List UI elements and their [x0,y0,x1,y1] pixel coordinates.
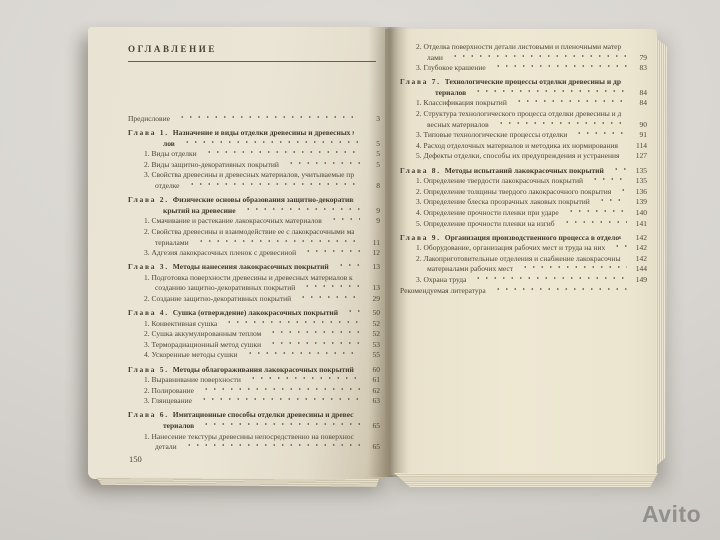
leader-dots [183,441,360,449]
toc-line: крытий на древесине9 [128,205,380,216]
page-number: 9 [363,206,380,217]
toc-line: 2. Создание защитно-декоративных покрыти… [128,293,380,304]
leader-dots [492,62,627,70]
leader-dots [242,205,360,213]
chapter-label: Глава 1. [128,128,169,139]
toc-line: 2. Определение толщины твердого лакокрас… [400,186,647,197]
leader-dots [267,328,360,336]
toc-entry-text: 3. Глянцевание [144,396,192,407]
page-number: 63 [363,396,380,407]
toc-line: 5. Дефекты отделки, способы их предупреж… [400,150,647,161]
toc-entry-text: 1. Виды отделки [144,149,197,160]
toc-entry-text: 3. Охрана труда [416,275,466,286]
leader-dots [344,307,360,315]
toc-line: 3. Определение блеска прозрачных лаковых… [400,196,647,207]
chapter-label: Глава 3. [128,262,169,273]
page-number: 139 [630,197,647,208]
toc-line: 3. Типовые технологические процессы отде… [400,129,647,140]
toc-entry-text: 4. Ускоренные методы сушки [144,350,238,361]
toc-line: лами79 [400,52,647,63]
page-number: 149 [630,275,647,286]
toc-line: 4. Расход отделочных материалов и методи… [400,140,647,151]
toc-entry-text: 4. Расход отделочных материалов и методи… [416,141,618,152]
toc-line: 1. Конвективная сушка52 [128,318,380,329]
page-number: 12 [363,248,380,259]
right-page: 2. Отделка поверхности детали листовыми … [385,29,657,475]
toc-line: 2. Лакоприготовительные отделения и снаб… [400,253,647,264]
page-number: 114 [630,141,647,152]
page-number: 65 [363,442,380,453]
leader-dots [610,165,627,173]
toc-line: материалами рабочих мест144 [400,263,647,274]
toc-entry-text: детали [155,442,177,453]
toc-entry-text: Методы нанесения лакокрасочных покрытий [173,262,329,273]
page-number: 13 [363,262,380,273]
toc-line: Глава 8.Методы испытаний лакокрасочных п… [400,165,647,176]
toc-line: Рекомендуемая литература [400,285,647,296]
toc-line: 2. Отделка поверхности детали листовыми … [400,41,647,52]
toc-line: детали65 [128,441,380,452]
page-number: 52 [363,329,380,340]
toc-line: 1. Подготовка поверхности древесины и др… [128,272,380,283]
leader-dots [519,263,627,271]
page-number: 142 [630,243,647,254]
toc-entry-text: Рекомендуемая литература [400,286,486,297]
toc-line: Глава 5.Методы облагораживания лакокрасо… [128,364,380,375]
toc-line: отделке8 [128,180,380,191]
toc-entry-text: 3. Адгезия лакокрасочных пленок с древес… [144,248,296,259]
left-page-number: 150 [129,454,142,464]
page-number: 142 [630,233,647,244]
page-number: 5 [363,160,380,171]
chapter-label: Глава 6. [128,410,169,421]
leader-dots [267,339,360,347]
toc-entry-text: 2. Создание защитно-декоративных покрыти… [144,294,291,305]
leader-dots [625,150,627,158]
chapter-label: Глава 5. [128,365,169,376]
toc-entry-text: 4. Определение прочности пленки при удар… [416,208,559,219]
leader-dots [198,395,360,403]
toc-entry-text: 2. Полирование [144,386,194,397]
leader-dots [513,97,627,105]
photo-backdrop: ОГЛАВЛЕНИЕ Предисловие3Глава 1.Назначени… [0,0,720,540]
toc-entry-text: териалами [155,238,189,249]
toc-line: 1. Определение твердости лакокрасочных п… [400,175,647,186]
page-number: 135 [630,176,647,187]
toc-entry-text: Предисловие [128,114,170,125]
leader-dots [176,113,360,121]
toc-entry-text: 5. Дефекты отделки, способы их предупреж… [416,151,619,162]
toc-entry-text: крытий на древесине [163,206,236,217]
leader-dots [359,272,360,280]
leader-dots [181,138,360,146]
toc-line: териалов84 [400,87,647,98]
page-number: 91 [630,130,647,141]
leader-dots [297,293,360,301]
leader-dots [624,140,627,148]
page-number: 29 [363,294,380,305]
toc-entry-text: 5. Определение прочности пленки на изгиб [416,219,555,230]
page-number: 50 [363,308,380,319]
page-number: 84 [630,88,647,99]
toc-entry-text: 3. Глубокое крашение [416,63,486,74]
avito-watermark: Avito [642,501,701,528]
toc-entry-text: лов [163,139,175,150]
toc-line: 1. Виды отделки5 [128,148,380,159]
page-number: 3 [363,114,380,125]
toc-entry-text: 2. Определение толщины твердого лакокрас… [416,187,611,198]
toc-line: 1. Смачивание и растекание лакокрасочных… [128,215,380,226]
chapter-label: Глава 2. [128,195,169,206]
left-page: ОГЛАВЛЕНИЕ Предисловие3Глава 1.Назначени… [88,27,385,479]
toc-entry-text: отделке [155,181,180,192]
toc-line: 2. Полирование62 [128,385,380,396]
toc-entry-text: созданию защитно-декоративных покрытий [155,283,295,294]
leader-dots [200,420,360,428]
chapter-label: Глава 8. [400,166,441,177]
page-number: 83 [630,63,647,74]
leader-dots [472,87,627,95]
leader-dots [223,318,360,326]
toc-entry-text: 1. Классификация покрытий [416,98,507,109]
toc-line: Глава 4.Сушка (отверждение) лакокрасочны… [128,307,380,318]
toc-right: 2. Отделка поверхности детали листовыми … [400,41,647,295]
leader-dots [302,247,360,255]
toc-line: 1. Выравнивание поверхности61 [128,374,380,385]
leader-dots [492,285,627,293]
toc-line: 4. Ускоренные методы сушки55 [128,349,380,360]
page-number: 5 [363,139,380,150]
page-number: 8 [363,181,380,192]
toc-line: Глава 9.Организация производственного пр… [400,232,647,243]
page-number: 61 [363,375,380,386]
leader-dots [328,215,360,223]
toc-entry-text: Методы испытаний лакокрасочных покрытий [445,166,604,177]
toc-line: весных материалов90 [400,119,647,130]
toc-line: 3. Глянцевание63 [128,395,380,406]
toc-line: 2. Сушка аккумулированным теплом52 [128,328,380,339]
leader-dots [573,129,627,137]
page-number: 62 [363,386,380,397]
leader-dots [244,349,360,357]
leader-dots [596,196,627,204]
toc-line: Глава 1.Назначение и виды отделки древес… [128,127,380,138]
leader-dots [561,218,627,226]
toc-line: 2. Структура технологического процесса о… [400,108,647,119]
page-number: 52 [363,319,380,330]
toc-line: созданию защитно-декоративных покрытий13 [128,282,380,293]
toc-line: 2. Свойства древесины и взаимодействие е… [128,226,380,237]
toc-entry-text: 1. Определение твердости лакокрасочных п… [416,176,583,187]
toc-line: Глава 2.Физические основы образования за… [128,194,380,205]
toc-line: 3. Терморадиационный метод сушки53 [128,339,380,350]
page-number: 13 [363,283,380,294]
toc-line: 1. Оборудование, организация рабочих мес… [400,242,647,253]
toc-left: Предисловие3Глава 1.Назначение и виды от… [128,113,380,452]
leader-dots [565,207,627,215]
toc-entry-text: лами [427,53,443,64]
toc-line: Глава 3.Методы нанесения лакокрасочных п… [128,261,380,272]
page-number: 79 [630,53,647,64]
leader-dots [200,385,360,393]
leader-dots [472,274,627,282]
page-number: 127 [630,151,647,162]
page-number: 65 [363,421,380,432]
toc-line: 3. Охрана труда149 [400,274,647,285]
header-rule [128,61,376,62]
leader-dots [589,175,627,183]
page-number: 9 [363,216,380,227]
page-number: 55 [363,350,380,361]
chapter-label: Глава 4. [128,308,169,319]
page-number: 60 [363,365,380,376]
toc-entry-text: весных материалов [427,120,489,131]
toc-line: 3. Глубокое крашение83 [400,62,647,73]
toc-line: Глава 6.Имитационные способы отделки дре… [128,409,380,420]
leader-dots [617,186,627,194]
page-number: 136 [630,187,647,198]
toc-line: 4. Определение прочности пленки при удар… [400,207,647,218]
toc-entry-text: териалов [435,88,466,99]
page-number: 144 [630,264,647,275]
page-number: 11 [363,238,380,249]
chapter-label: Глава 7. [400,77,441,88]
toc-line: Предисловие3 [128,113,380,124]
page-number: 142 [630,254,647,265]
page-number: 53 [363,340,380,351]
toc-line: териалами11 [128,237,380,248]
toc-line: 3. Свойства древесины и древесных матери… [128,169,380,180]
toc-entry-text: 2. Сушка аккумулированным теплом [144,329,261,340]
leader-dots [335,261,360,269]
page-stack-edge-bottom [394,473,658,487]
page-number: 140 [630,208,647,219]
page-number: 141 [630,219,647,230]
page-number: 135 [630,166,647,177]
toc-entry-text: 2. Виды защитно-декоративных покрытий [144,160,279,171]
page-number: 84 [630,98,647,109]
toc-line: 5. Определение прочности пленки на изгиб… [400,218,647,229]
toc-line: 3. Адгезия лакокрасочных пленок с древес… [128,247,380,258]
toc-entry-text: 1. Смачивание и растекание лакокрасочных… [144,216,322,227]
page-stack-edge-right [656,38,667,466]
chapter-label: Глава 9. [400,233,441,244]
leader-dots [285,159,360,167]
leader-dots [301,282,360,290]
toc-line: лов5 [128,138,380,149]
toc-entry-text: териалов [163,421,194,432]
toc-line: 1. Нанесение текстуры древесины непосред… [128,431,380,442]
leader-dots [449,52,627,60]
leader-dots [247,374,360,382]
leader-dots [611,242,627,250]
toc-line: 2. Виды защитно-декоративных покрытий5 [128,159,380,170]
toc-entry-text: 3. Типовые технологические процессы отде… [416,130,567,141]
toc-entry-text: 1. Конвективная сушка [144,319,217,330]
toc-entry-text: Организация производственного процесса в… [445,233,621,244]
leader-dots [195,237,360,245]
page-number: 5 [363,149,380,160]
toc-title: ОГЛАВЛЕНИЕ [128,44,217,54]
leader-dots [203,148,360,156]
toc-line: териалов65 [128,420,380,431]
leader-dots [495,119,627,127]
toc-line: Глава 7.Технологические процессы отделки… [400,76,647,87]
toc-entry-text: 1. Оборудование, организация рабочих мес… [416,243,605,254]
page-number: 90 [630,120,647,131]
leader-dots [186,180,360,188]
toc-line: 1. Классификация покрытий84 [400,97,647,108]
